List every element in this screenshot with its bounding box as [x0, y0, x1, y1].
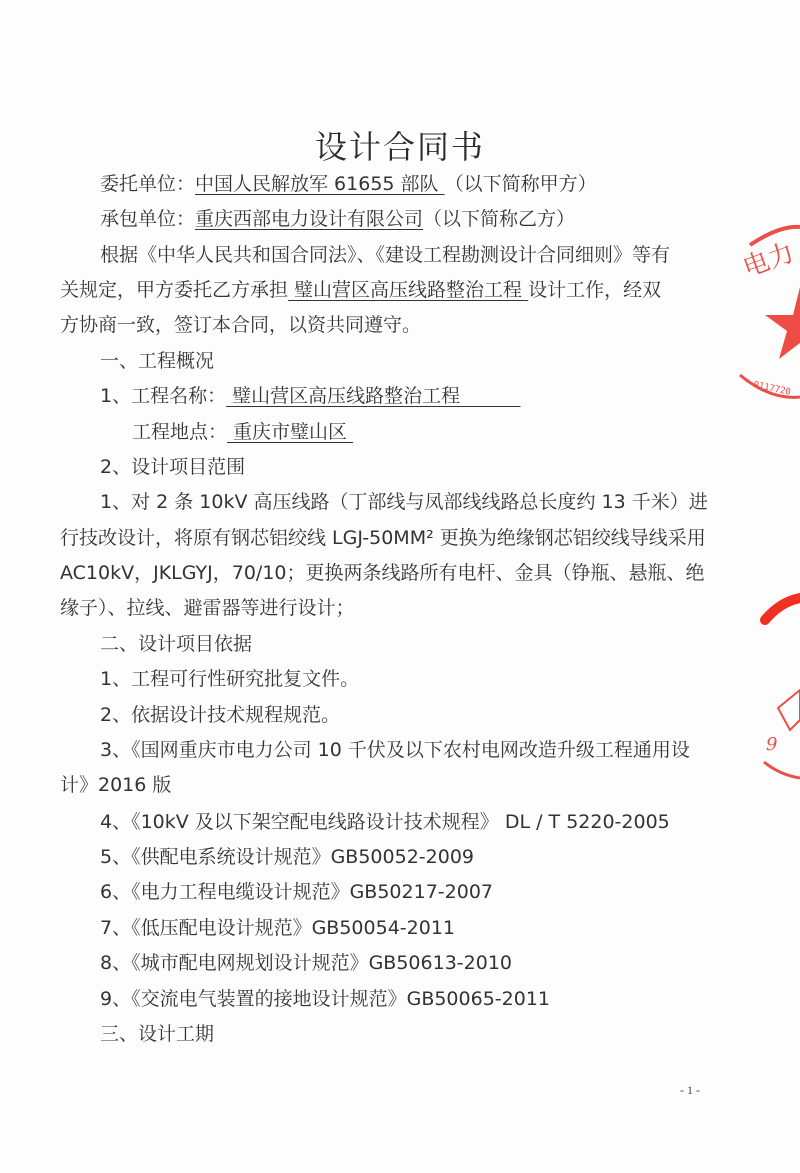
project-name-line: 1、工程名称： 璧山营区高压线路整治工程	[100, 384, 521, 408]
document-title: 设计合同书	[0, 122, 800, 168]
basis-item-1: 1、工程可行性研究批复文件。	[100, 667, 359, 691]
client-label: 委托单位：	[100, 173, 195, 195]
client-suffix: （以下简称甲方）	[445, 173, 597, 195]
preamble-prefix: 关规定，甲方委托乙方承担	[60, 279, 288, 301]
scope-line-3: AC10kV，JKLGYJ，70/10；更换两条线路所有电杆、金具（铮瓶、悬瓶、…	[60, 561, 705, 585]
basis-item-8: 8、《城市配电网规划设计规范》GB50613-2010	[100, 951, 512, 975]
basis-item-3-cont: 计》2016 版	[60, 773, 171, 797]
basis-item-4: 4、《10kV 及以下架空配电线路设计技术规程》 DL / T 5220-200…	[100, 810, 670, 834]
preamble-line-2: 关规定，甲方委托乙方承担 璧山营区高压线路整治工程 设计工作，经双	[60, 278, 661, 302]
section-2-heading: 二、设计项目依据	[100, 632, 252, 656]
project-location-line: 工程地点： 重庆市璧山区	[132, 420, 353, 444]
scope-line-2: 行技改设计，将原有钢芯铝绞线 LGJ-50MM² 更换为绝缘钢芯铝绞线导线采用	[60, 526, 706, 550]
project-name-label: 1、工程名称：	[100, 385, 226, 407]
scope-line-1: 1、对 2 条 10kV 高压线路（丁部线与凤部线线路总长度约 13 千米）进	[100, 490, 708, 514]
company-seal-upper-icon: 电力 0117720	[735, 215, 800, 400]
preamble-line-3: 方协商一致，签订本合同，以资共同遵守。	[60, 313, 421, 337]
page-number: - 1 -	[680, 1083, 700, 1098]
company-seal-lower-icon: 9	[760, 590, 800, 780]
contractor-label: 承包单位：	[100, 208, 195, 230]
scope-heading: 2、设计项目范围	[100, 455, 245, 479]
client-line: 委托单位：中国人民解放军 61655 部队 （以下简称甲方）	[100, 172, 597, 196]
basis-item-7: 7、《低压配电设计规范》GB50054-2011	[100, 916, 455, 940]
project-name-value: 璧山营区高压线路整治工程	[226, 385, 520, 407]
preamble-project: 璧山营区高压线路整治工程	[288, 279, 528, 301]
svg-text:9: 9	[766, 734, 777, 755]
contractor-value: 重庆西部电力设计有限公司	[195, 208, 423, 230]
project-location-value: 重庆市璧山区	[227, 421, 353, 443]
preamble-suffix: 设计工作，经双	[528, 279, 661, 301]
preamble-line-1: 根据《中华人民共和国合同法》、《建设工程勘测设计合同细则》等有	[100, 243, 670, 267]
section-1-heading: 一、工程概况	[100, 349, 214, 373]
svg-text:0117720: 0117720	[752, 380, 791, 398]
basis-item-5: 5、《供配电系统设计规范》GB50052-2009	[100, 845, 474, 869]
contractor-suffix: （以下简称乙方）	[423, 208, 575, 230]
basis-item-9: 9、《交流电气装置的接地设计规范》GB50065-2011	[100, 987, 550, 1011]
project-location-label: 工程地点：	[132, 421, 227, 443]
contract-page: 设计合同书 委托单位：中国人民解放军 61655 部队 （以下简称甲方） 承包单…	[0, 0, 800, 1173]
basis-item-3: 3、《国网重庆市电力公司 10 千伏及以下农村电网改造升级工程通用设	[100, 738, 690, 762]
basis-item-6: 6、《电力工程电缆设计规范》GB50217-2007	[100, 880, 493, 904]
scope-line-4: 缘子）、拉线、避雷器等进行设计；	[60, 596, 355, 620]
seal-text: 电力	[739, 238, 798, 284]
basis-item-2: 2、依据设计技术规程规范。	[100, 703, 340, 727]
contractor-line: 承包单位：重庆西部电力设计有限公司（以下简称乙方）	[100, 207, 575, 231]
client-value: 中国人民解放军 61655 部队	[195, 173, 445, 195]
section-3-heading: 三、设计工期	[100, 1022, 214, 1046]
